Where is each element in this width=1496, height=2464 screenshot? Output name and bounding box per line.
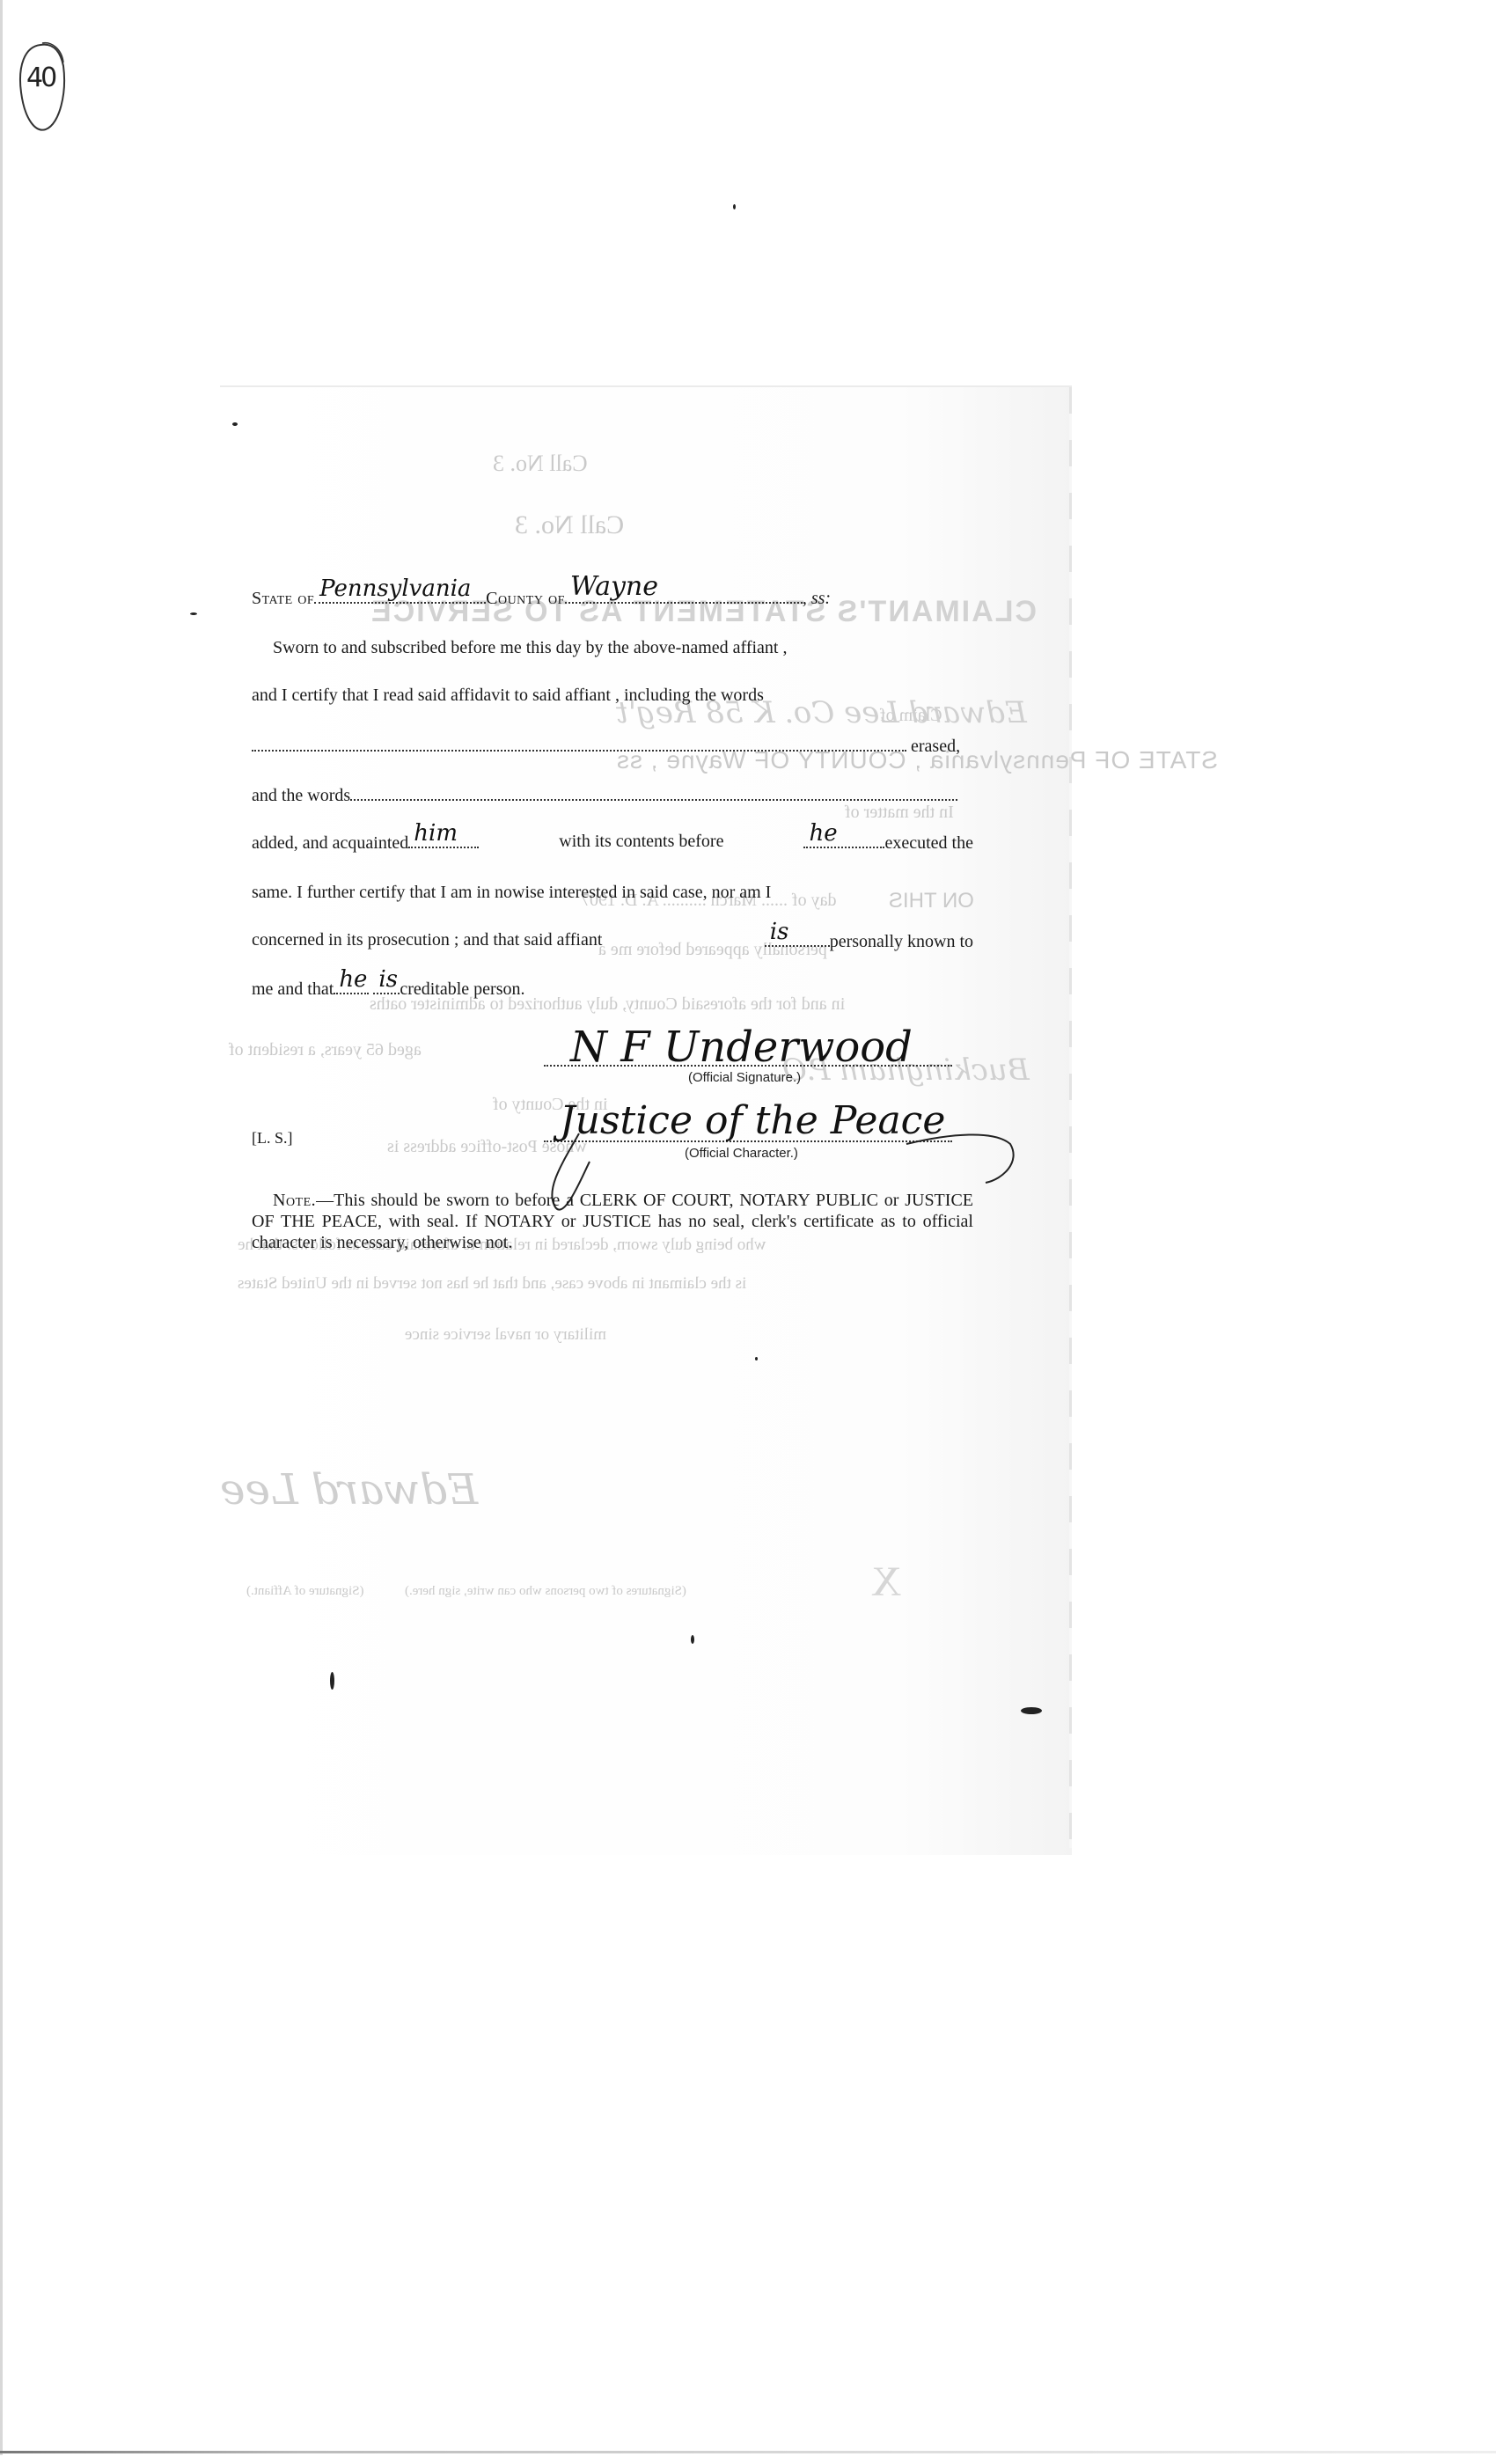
personally-known-label: personally known to — [830, 932, 973, 951]
is-value: is — [378, 968, 398, 991]
ghost-aged: aged 65 years, a resident of — [229, 1040, 422, 1060]
me-and-that-label: me and that — [252, 979, 334, 999]
speck — [691, 1635, 694, 1644]
folio-number-circled: 40 — [16, 40, 70, 138]
folio-number: 40 — [26, 62, 55, 93]
acquainted-line: added, and acquaintedhim with its conten… — [252, 832, 973, 852]
ghost-military: military or naval service since — [405, 1325, 606, 1345]
state-county-line: State ofPennsylvaniaCounty ofWayne, ss: — [252, 588, 973, 607]
county-value: Wayne — [570, 574, 658, 600]
ghost-signature-affiant: (Signature of Affiant.) — [246, 1584, 363, 1599]
ghost-signatures-note: (Signatures of two persons who can write… — [405, 1584, 686, 1599]
ghost-mark-x: X — [871, 1558, 902, 1606]
speck — [190, 612, 197, 615]
ghost-stamp-1: Call No. 3 — [493, 451, 588, 477]
speck — [1021, 1707, 1042, 1714]
and-the-words-label: and the words — [252, 786, 350, 805]
note-text: —This should be sworn to before a CLERK … — [252, 1191, 973, 1252]
note-paragraph: Note.—This should be sworn to before a C… — [252, 1190, 973, 1253]
creditable-line: me and thathe iscreditable person. — [252, 979, 973, 998]
before-value: he — [809, 822, 837, 845]
sheet-right-edge — [1069, 387, 1072, 1848]
affiant-is-value: is — [770, 920, 789, 943]
added-prefix: added, and acquainted — [252, 833, 408, 853]
ghost-claimant-line: is the claimant in above case, and that … — [238, 1274, 746, 1294]
certify-line: and I certify that I read said affidavit… — [252, 686, 973, 704]
state-label: State of — [252, 589, 314, 608]
acquainted-field[interactable]: him — [408, 832, 479, 848]
concerned-label: concerned in its prosecution ; and that … — [252, 931, 602, 950]
speck — [755, 1357, 758, 1360]
erased-line: erased, — [252, 736, 973, 755]
page-left-edge — [0, 0, 3, 2455]
creditable-label: creditable person. — [400, 979, 524, 999]
ss-label: , ss: — [803, 589, 831, 608]
he-value: he — [339, 968, 367, 991]
county-field[interactable]: Wayne — [565, 588, 803, 604]
speck — [733, 204, 736, 209]
note-label: Note. — [273, 1191, 316, 1210]
seal-label: [L. S.] — [252, 1129, 293, 1148]
state-field[interactable]: Pennsylvania — [314, 588, 486, 604]
sheet-top-edge — [220, 385, 1072, 387]
executed-label: executed the — [884, 833, 973, 853]
he-field[interactable]: he — [334, 979, 369, 994]
official-signature-value: N F Underwood — [570, 1023, 913, 1072]
added-words-field[interactable] — [350, 785, 957, 801]
concerned-line: concerned in its prosecution ; and that … — [252, 931, 973, 950]
ghost-affiant-signature: Edward Lee — [220, 1465, 478, 1514]
state-value: Pennsylvania — [319, 577, 471, 600]
speck — [330, 1672, 334, 1690]
erased-words-field[interactable] — [252, 736, 906, 752]
sworn-line: Sworn to and subscribed before me this d… — [273, 639, 973, 656]
county-label: County of — [486, 589, 565, 608]
ghost-in-matter: In the matter of — [845, 803, 954, 823]
page-bottom-edge — [0, 2451, 1496, 2453]
with-contents-label: with its contents before — [559, 832, 723, 852]
ghost-stamp-2: Call No. 3 — [515, 510, 624, 540]
is-field[interactable]: is — [373, 979, 400, 994]
before-field[interactable]: he — [803, 832, 884, 848]
acquainted-value: him — [414, 822, 458, 845]
same-line: same. I further certify that I am in now… — [252, 884, 973, 901]
official-signature-caption: (Official Signature.) — [688, 1070, 801, 1085]
affiant-is-field[interactable]: is — [765, 931, 830, 947]
added-words-line: and the words — [252, 785, 973, 804]
erased-label: erased, — [911, 737, 960, 756]
speck — [232, 422, 238, 426]
